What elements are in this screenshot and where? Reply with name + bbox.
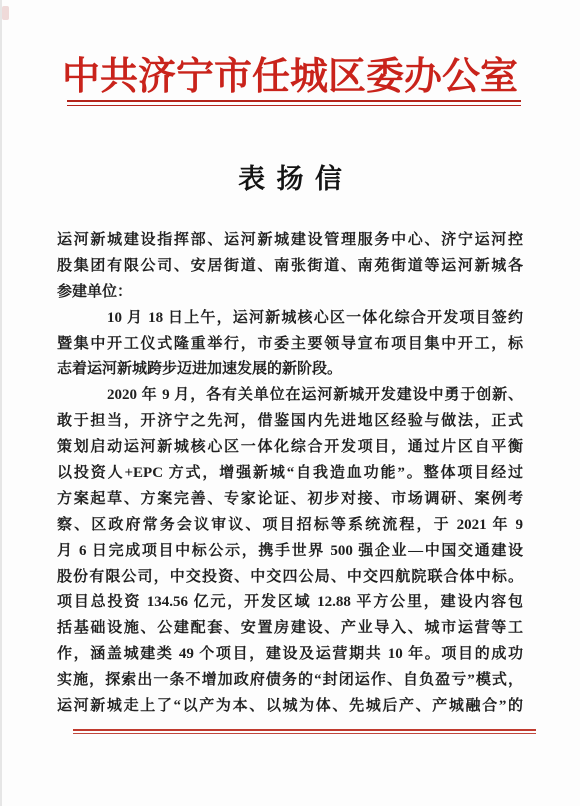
letterhead-org-name: 中共济宁市任城区委办公室 — [0, 52, 580, 102]
body-line: 方案起草、方案完善、专家论证、初步对接、市场调研、案例考 — [57, 487, 523, 513]
body-line: 参建单位： — [57, 280, 523, 306]
body-line: 项目总投资 134.56 亿元，开发区域 12.88 平方公里，建设内容包 — [57, 590, 523, 616]
body-line: 实施，探索出一条不增加政府债务的“封闭运作、自负盈亏”模式， — [57, 668, 523, 694]
body-line: 股集团有限公司、安居街道、南张街道、南苑街道等运河新城各 — [57, 254, 523, 280]
body-line: 敢于担当，开济宁之先河，借鉴国内先进地区经验与做法，正式 — [57, 409, 523, 435]
letterhead-double-rule — [67, 100, 521, 106]
scan-smudge-artifact — [2, 6, 9, 20]
body-line: 暨集中开工仪式隆重举行，市委主要领导宣布项目集中开工，标 — [57, 332, 523, 358]
body-line: 志着运河新城跨步迈进加速发展的新阶段。 — [57, 357, 523, 383]
body-line: 括基础设施、公建配套、安置房建设、产业导入、城市运营等工 — [57, 616, 523, 642]
body-line: 运河新城走上了“以产为本、以城为体、先城后产、产城融合”的 — [57, 694, 523, 720]
scan-edge-artifact — [0, 0, 2, 806]
body-line: 策划启动运河新城核心区一体化综合开发项目，通过片区自平衡 — [57, 435, 523, 461]
body-line: 以投资人+EPC 方式，增强新城“自我造血功能”。整体项目经过 — [57, 461, 523, 487]
body-line: 10 月 18 日上午，运河新城核心区一体化综合开发项目签约 — [57, 306, 523, 332]
document-body: 运河新城建设指挥部、运河新城建设管理服务中心、济宁运河控 股集团有限公司、安居街… — [57, 228, 523, 720]
body-line: 运河新城建设指挥部、运河新城建设管理服务中心、济宁运河控 — [57, 228, 523, 254]
document-title: 表扬信 — [0, 161, 580, 197]
body-line: 2020 年 9 月，各有关单位在运河新城开发建设中勇于创新、 — [57, 383, 523, 409]
body-line: 股份有限公司，中交投资、中交四公局、中交四航院联合体中标。 — [57, 565, 523, 591]
page-bottom-rule — [73, 729, 536, 734]
body-line: 作，涵盖城建类 49 个项目，建设及运营期共 10 年。项目的成功 — [57, 642, 523, 668]
body-line: 月 6 日完成项目中标公示，携手世界 500 强企业—中国交通建设 — [57, 539, 523, 565]
document-page: { "doc": { "letterhead": { "org_name": "… — [0, 0, 580, 806]
body-line: 察、区政府常务会议审议、项目招标等系统流程，于 2021 年 9 — [57, 513, 523, 539]
